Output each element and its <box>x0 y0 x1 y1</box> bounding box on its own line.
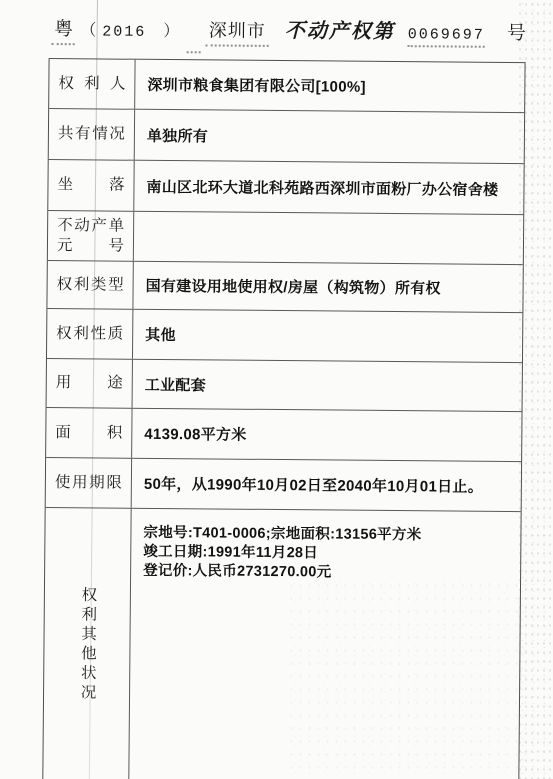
label-other-rights-status-text: 权利其他状况 <box>75 586 98 703</box>
label-area: 面积 <box>46 408 132 458</box>
value-right-type: 国有建设用地使用权/房屋（构筑物）所有权 <box>133 262 522 312</box>
value-owner: 深圳市粮食集团有限公司[100%] <box>135 60 524 112</box>
table-row-right-type: 权利类型 国有建设用地使用权/房屋（构筑物）所有权 <box>47 261 522 313</box>
value-co-ownership: 单独所有 <box>135 110 524 163</box>
table-row-owner: 权利人 深圳市粮食集团有限公司[100%] <box>49 59 524 113</box>
header-city: 深圳市 <box>206 16 269 47</box>
header-year: 2016 <box>102 23 146 40</box>
label-right-nature: 权利性质 <box>47 309 133 359</box>
label-term-of-use-text: 使用期限 <box>55 473 122 493</box>
table-row-other-rights-status: 权利其他状况 宗地号:T401-0006;宗地面积:13156平方米 竣工日期:… <box>43 508 520 779</box>
header-dotted-blank <box>187 51 201 53</box>
label-owner: 权利人 <box>49 59 135 109</box>
header-province: 粤 <box>52 14 76 45</box>
certificate-table: 权利人 深圳市粮食集团有限公司[100%] 共有情况 单独所有 坐落 南山区北环… <box>42 58 525 779</box>
label-unit-number: 不动产单元号 <box>48 211 134 261</box>
table-row-area: 面积 4139.08平方米 <box>46 408 521 462</box>
label-right-type-text: 权利类型 <box>57 275 124 295</box>
label-location: 坐落 <box>48 160 134 211</box>
value-term-of-use: 50年，从1990年10月02日至2040年10月01日止。 <box>132 459 521 511</box>
table-row-usage: 用途 工业配套 <box>47 359 522 412</box>
header-open-paren: （ <box>80 17 96 40</box>
value-location: 南山区北环大道北科苑路西深圳市面粉厂办公宿舍楼 <box>134 161 523 214</box>
value-area: 4139.08平方米 <box>132 409 521 461</box>
label-usage-text: 用途 <box>56 373 123 393</box>
table-row-term-of-use: 使用期限 50年，从1990年10月02日至2040年10月01日止。 <box>46 458 521 512</box>
table-row-co-ownership: 共有情况 单独所有 <box>49 109 524 164</box>
label-term-of-use: 使用期限 <box>46 458 132 508</box>
label-other-rights-status: 权利其他状况 <box>43 508 131 779</box>
header-number-suffix: 号 <box>507 18 526 45</box>
value-unit-number <box>134 212 523 264</box>
table-row-right-nature: 权利性质 其他 <box>47 309 522 363</box>
header-close-paren: ） <box>163 18 179 41</box>
label-co-ownership: 共有情况 <box>49 109 135 160</box>
label-unit-number-text: 不动产单元号 <box>57 216 124 255</box>
value-other-rights-status: 宗地号:T401-0006;宗地面积:13156平方米 竣工日期:1991年11… <box>129 509 520 779</box>
label-right-nature-text: 权利性质 <box>56 324 123 344</box>
label-area-text: 面积 <box>55 423 122 443</box>
certificate-header: 粤 （ 2016 ） 深圳市 不动产权第 0069697 号 <box>49 12 526 60</box>
label-usage: 用途 <box>47 359 133 408</box>
header-cert-label: 不动产权第 <box>285 14 395 44</box>
header-cert-number: 0069697 <box>408 26 485 48</box>
label-location-text: 坐落 <box>57 175 124 195</box>
certificate-sheet: 粤 （ 2016 ） 深圳市 不动产权第 0069697 号 权利人 深圳市粮食… <box>42 12 526 779</box>
value-right-nature: 其他 <box>133 310 522 362</box>
label-owner-text: 权利人 <box>58 74 125 94</box>
value-usage: 工业配套 <box>133 360 522 411</box>
label-right-type: 权利类型 <box>47 261 133 309</box>
other-status-line-registered-price: 登记价:人民币2731270.00元 <box>143 562 508 584</box>
label-co-ownership-text: 共有情况 <box>58 124 125 144</box>
scanned-certificate-page: 粤 （ 2016 ） 深圳市 不动产权第 0069697 号 权利人 深圳市粮食… <box>0 0 553 779</box>
table-row-location: 坐落 南山区北环大道北科苑路西深圳市面粉厂办公宿舍楼 <box>48 160 523 215</box>
table-row-unit-number: 不动产单元号 <box>48 211 523 265</box>
